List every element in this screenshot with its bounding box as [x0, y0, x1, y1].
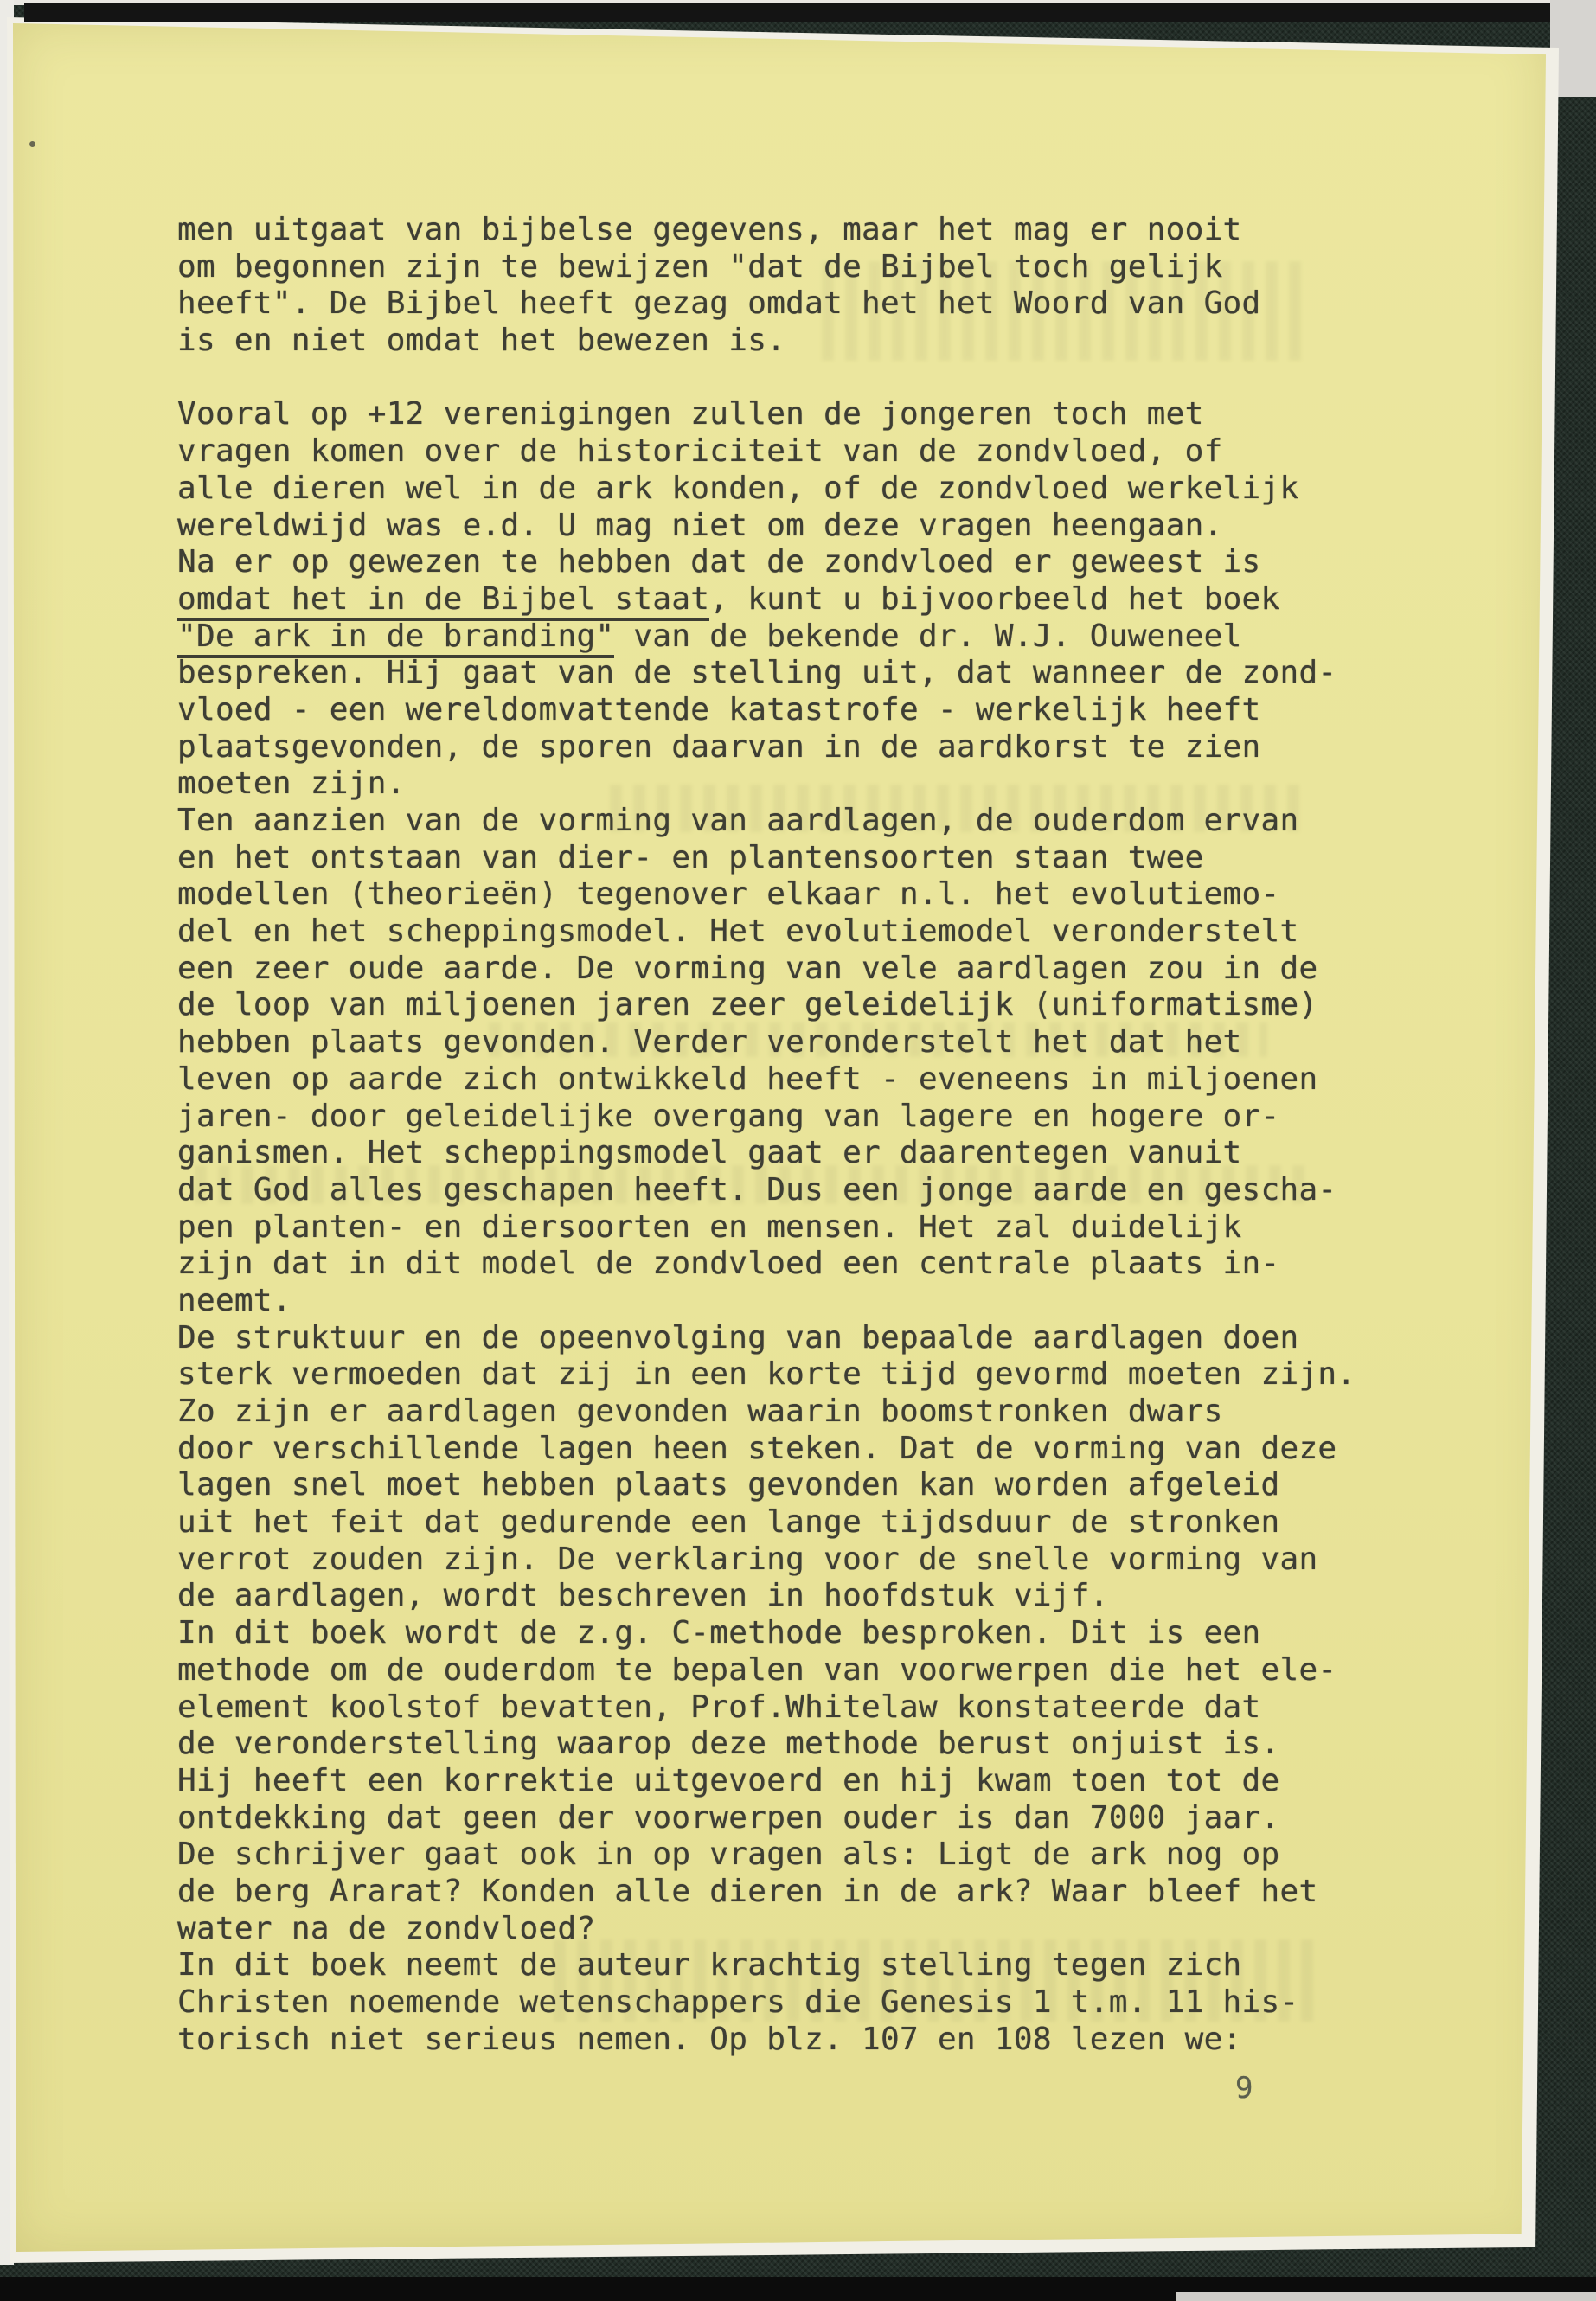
text-line: Zo zijn er aardlagen gevonden waarin boo… [177, 1394, 1356, 1431]
text-segment: is en niet omdat het bewezen is. [177, 323, 785, 358]
text-line: jaren- door geleidelijke overgang van la… [177, 1099, 1356, 1136]
text-line: De schrijver gaat ook in op vragen als: … [177, 1836, 1356, 1874]
text-segment: vloed - een wereldomvattende katastrofe … [177, 692, 1261, 727]
text-segment: In dit boek neemt de auteur krachtig ste… [177, 1947, 1242, 1983]
text-line: is en niet omdat het bewezen is. [177, 323, 1356, 360]
text-line: verrot zouden zijn. De verklaring voor d… [177, 1541, 1356, 1579]
text-segment: een zeer oude aarde. De vorming van vele… [177, 951, 1317, 986]
text-segment: De schrijver gaat ook in op vragen als: … [177, 1836, 1279, 1872]
text-segment: jaren- door geleidelijke overgang van la… [177, 1099, 1279, 1134]
text-line: "De ark in de branding" van de bekende d… [177, 619, 1356, 656]
text-segment: In dit boek wordt de z.g. C-methode besp… [177, 1615, 1261, 1650]
text-line: vragen komen over de historiciteit van d… [177, 433, 1356, 471]
text-segment: van de bekende dr. W.J. Ouweneel [614, 619, 1241, 654]
text-line: methode om de ouderdom te bepalen van vo… [177, 1652, 1356, 1689]
text-segment: men uitgaat van bijbelse gegevens, maar … [177, 212, 1242, 247]
text-line: modellen (theorieën) tegenover elkaar n.… [177, 876, 1356, 913]
text-line: men uitgaat van bijbelse gegevens, maar … [177, 212, 1356, 249]
text-segment: modellen (theorieën) tegenover elkaar n.… [177, 876, 1279, 912]
text-line: en het ontstaan van dier- en plantensoor… [177, 840, 1356, 877]
text-segment: pen planten- en diersoorten en mensen. H… [177, 1209, 1242, 1245]
text-segment: Christen noemende wetenschappers die Gen… [177, 1984, 1298, 2020]
text-line: Ten aanzien van de vorming van aardlagen… [177, 803, 1356, 840]
text-line: zijn dat in dit model de zondvloed een c… [177, 1246, 1356, 1283]
underlined-phrase: "De ark in de branding" [177, 619, 614, 658]
text-segment: Ten aanzien van de vorming van aardlagen… [177, 803, 1298, 838]
text-segment: ontdekking dat geen der voorwerpen ouder… [177, 1800, 1279, 1836]
text-segment: ganismen. Het scheppingsmodel gaat er da… [177, 1135, 1242, 1170]
text-line: om begonnen zijn te bewijzen "dat de Bij… [177, 249, 1356, 286]
text-line: de berg Ararat? Konden alle dieren in de… [177, 1874, 1356, 1911]
text-segment: hebben plaats gevonden. Verder veronders… [177, 1024, 1242, 1060]
text-line: pen planten- en diersoorten en mensen. H… [177, 1209, 1356, 1247]
text-line: In dit boek neemt de auteur krachtig ste… [177, 1947, 1356, 1984]
scan-edge-bottom-right [1176, 2292, 1596, 2301]
text-line: de veronderstelling waarop deze methode … [177, 1726, 1356, 1763]
text-line: alle dieren wel in de ark konden, of de … [177, 471, 1356, 508]
text-segment: wereldwijd was e.d. U mag niet om deze v… [177, 508, 1223, 543]
text-line: leven op aarde zich ontwikkeld heeft - e… [177, 1061, 1356, 1099]
text-segment: bespreken. Hij gaat van de stelling uit,… [177, 655, 1336, 690]
text-segment: de berg Ararat? Konden alle dieren in de… [177, 1874, 1317, 1909]
text-segment: sterk vermoeden dat zij in een korte tij… [177, 1356, 1356, 1392]
text-line: hebben plaats gevonden. Verder veronders… [177, 1024, 1356, 1061]
text-line: neemt. [177, 1283, 1356, 1320]
dust-speck [29, 141, 35, 147]
text-segment: De struktuur en de opeenvolging van bepa… [177, 1320, 1298, 1356]
text-line: heeft". De Bijbel heeft gezag omdat het … [177, 285, 1356, 323]
typewritten-text: men uitgaat van bijbelse gegevens, maar … [177, 212, 1356, 2058]
text-segment: , kunt u bijvoorbeeld het boek [709, 581, 1279, 617]
text-line: dat God alles geschapen heeft. Dus een j… [177, 1172, 1356, 1209]
text-line: Hij heeft een korrektie uitgevoerd en hi… [177, 1763, 1356, 1800]
text-line: plaatsgevonden, de sporen daarvan in de … [177, 729, 1356, 766]
text-segment: en het ontstaan van dier- en plantensoor… [177, 840, 1204, 875]
text-line: de aardlagen, wordt beschreven in hoofds… [177, 1578, 1356, 1615]
text-line: bespreken. Hij gaat van de stelling uit,… [177, 655, 1356, 692]
text-line: De struktuur en de opeenvolging van bepa… [177, 1320, 1356, 1357]
text-segment: Vooral op +12 verenigingen zullen de jon… [177, 396, 1204, 432]
text-line: een zeer oude aarde. De vorming van vele… [177, 951, 1356, 988]
text-line: uit het feit dat gedurende een lange tij… [177, 1504, 1356, 1541]
book-cover-background: men uitgaat van bijbelse gegevens, maar … [0, 0, 1596, 2301]
page-number: 9 [1235, 2071, 1253, 2106]
text-segment: de veronderstelling waarop deze methode … [177, 1726, 1279, 1761]
text-line: del en het scheppingsmodel. Het evolutie… [177, 913, 1356, 951]
text-line: moeten zijn. [177, 766, 1356, 803]
text-segment: heeft". De Bijbel heeft gezag omdat het … [177, 285, 1261, 321]
text-segment: de loop van miljoenen jaren zeer geleide… [177, 987, 1317, 1022]
text-segment: neemt. [177, 1283, 292, 1318]
text-line: ganismen. Het scheppingsmodel gaat er da… [177, 1135, 1356, 1172]
text-segment: methode om de ouderdom te bepalen van vo… [177, 1652, 1336, 1688]
text-line: Christen noemende wetenschappers die Gen… [177, 1984, 1356, 2022]
text-line: door verschillende lagen heen steken. Da… [177, 1431, 1356, 1468]
underlined-phrase: omdat het in de Bijbel staat [177, 581, 709, 621]
text-segment: verrot zouden zijn. De verklaring voor d… [177, 1541, 1317, 1577]
text-line: ontdekking dat geen der voorwerpen ouder… [177, 1800, 1356, 1837]
text-segment: water na de zondvloed? [177, 1911, 595, 1946]
text-line: In dit boek wordt de z.g. C-methode besp… [177, 1615, 1356, 1652]
text-segment: vragen komen over de historiciteit van d… [177, 433, 1223, 469]
text-line: sterk vermoeden dat zij in een korte tij… [177, 1356, 1356, 1394]
text-segment: del en het scheppingsmodel. Het evolutie… [177, 913, 1298, 949]
text-segment: plaatsgevonden, de sporen daarvan in de … [177, 729, 1261, 765]
text-segment: uit het feit dat gedurende een lange tij… [177, 1504, 1279, 1540]
text-line: water na de zondvloed? [177, 1911, 1356, 1948]
text-line [177, 360, 1356, 397]
text-segment: de aardlagen, wordt beschreven in hoofds… [177, 1578, 1109, 1613]
text-segment: Na er op gewezen te hebben dat de zondvl… [177, 544, 1261, 580]
text-line: omdat het in de Bijbel staat, kunt u bij… [177, 581, 1356, 619]
text-segment: zijn dat in dit model de zondvloed een c… [177, 1246, 1279, 1281]
text-line: vloed - een wereldomvattende katastrofe … [177, 692, 1356, 729]
text-segment: door verschillende lagen heen steken. Da… [177, 1431, 1336, 1466]
text-line: torisch niet serieus nemen. Op blz. 107 … [177, 2022, 1356, 2059]
text-segment: om begonnen zijn te bewijzen "dat de Bij… [177, 249, 1223, 285]
text-segment: leven op aarde zich ontwikkeld heeft - e… [177, 1061, 1317, 1097]
text-segment: moeten zijn. [177, 766, 406, 801]
text-line: wereldwijd was e.d. U mag niet om deze v… [177, 508, 1356, 545]
top-black-bar [24, 3, 1550, 22]
text-segment: torisch niet serieus nemen. Op blz. 107 … [177, 2022, 1242, 2057]
text-line: lagen snel moet hebben plaats gevonden k… [177, 1467, 1356, 1504]
text-line: Na er op gewezen te hebben dat de zondvl… [177, 544, 1356, 581]
text-line: element koolstof bevatten, Prof.Whitelaw… [177, 1689, 1356, 1727]
text-line: Vooral op +12 verenigingen zullen de jon… [177, 396, 1356, 433]
text-segment: lagen snel moet hebben plaats gevonden k… [177, 1467, 1279, 1503]
text-segment: Zo zijn er aardlagen gevonden waarin boo… [177, 1394, 1223, 1429]
text-segment: Hij heeft een korrektie uitgevoerd en hi… [177, 1763, 1279, 1798]
text-line: de loop van miljoenen jaren zeer geleide… [177, 987, 1356, 1024]
text-segment: alle dieren wel in de ark konden, of de … [177, 471, 1298, 506]
text-segment: element koolstof bevatten, Prof.Whitelaw… [177, 1689, 1261, 1725]
text-segment: dat God alles geschapen heeft. Dus een j… [177, 1172, 1336, 1208]
